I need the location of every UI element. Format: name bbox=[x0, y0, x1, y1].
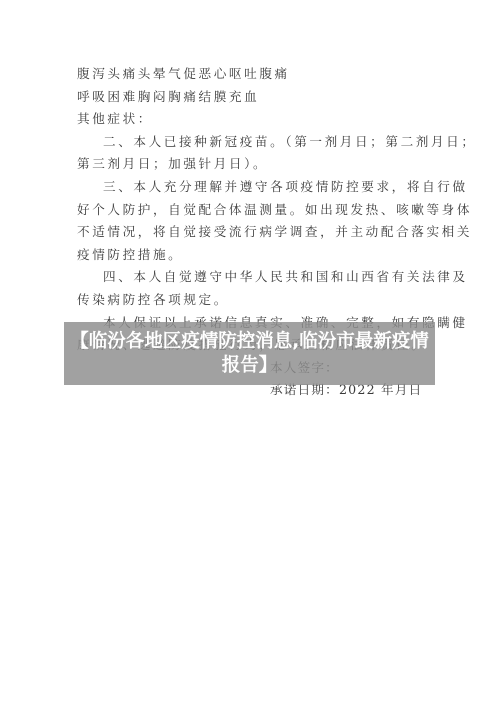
prevention-clause-line-1: 三、本人充分理解并遵守各项疫情防控要求，将自行做 bbox=[77, 176, 427, 199]
title-banner: 【临汾各地区疫情防控消息,临汾市最新疫情报告】 bbox=[64, 322, 435, 385]
symptom-line-1: 腹泻头痛头晕气促恶心呕吐腹痛 bbox=[77, 63, 427, 86]
prevention-clause-line-2: 好个人防护，自觉配合体温测量。如出现发热、咳嗽等身体 bbox=[77, 199, 427, 222]
law-clause-line-1: 四、本人自觉遵守中华人民共和国和山西省有关法律及 bbox=[77, 266, 427, 289]
prevention-clause-line-3: 不适情况，将自觉接受流行病学调查，并主动配合落实相关 bbox=[77, 221, 427, 244]
document-page: 腹泻头痛头晕气促恶心呕吐腹痛 呼吸困难胸闷胸痛结膜充血 其他症状： 二、本人已接… bbox=[0, 0, 500, 707]
other-symptoms-line: 其他症状： bbox=[77, 108, 427, 131]
vaccine-clause-line-2: 第三剂月日；加强针月日）。 bbox=[77, 153, 427, 176]
vaccine-clause-line-1: 二、本人已接种新冠疫苗。（第一剂月日；第二剂月日； bbox=[77, 131, 427, 154]
symptom-line-2: 呼吸困难胸闷胸痛结膜充血 bbox=[77, 86, 427, 109]
prevention-clause-line-4: 疫情防控措施。 bbox=[77, 244, 427, 267]
law-clause-line-2: 传染病防控各项规定。 bbox=[77, 289, 427, 312]
banner-title: 【临汾各地区疫情防控消息,临汾市最新疫情报告】 bbox=[70, 330, 430, 378]
